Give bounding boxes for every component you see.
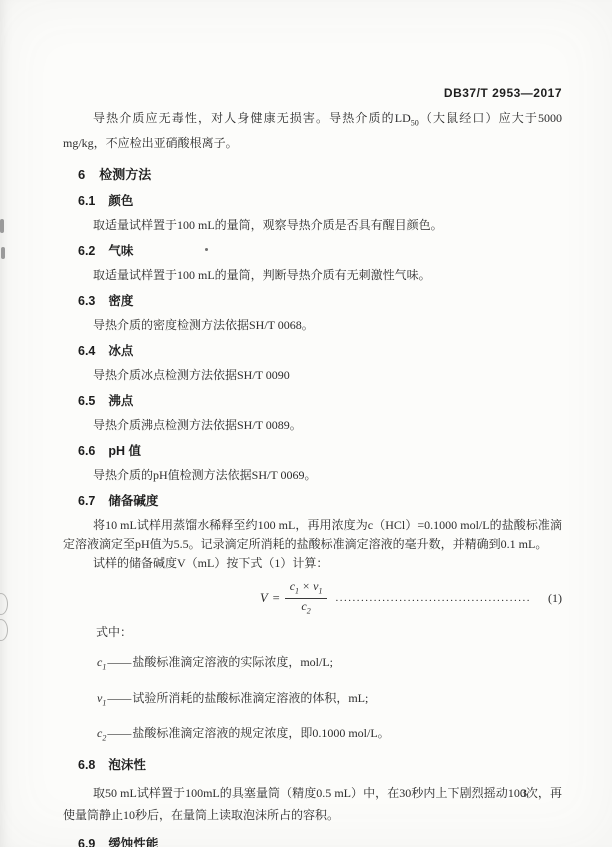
- section-heading-6-9: 6.9缓蚀性能: [63, 836, 562, 847]
- section-title: 泡沫性: [108, 758, 146, 772]
- section-body-6-2: 取适量试样置于100 mL的量筒，判断导热介质有无刺激性气味。: [63, 267, 562, 283]
- equation-number: (1): [548, 591, 562, 606]
- document-page: DB37/T 2953—2017 导热介质应无毒性，对人身健康无损害。导热介质的…: [0, 0, 612, 847]
- scan-artifact-mark: [1, 247, 5, 259]
- definition-symbol: v1: [97, 691, 106, 705]
- section-title: 颜色: [108, 194, 133, 208]
- section-body-6-8: 取50 mL试样置于100mL的具塞量筒（精度0.5 mL）中，在30秒内上下剧…: [63, 782, 562, 826]
- section-number: 6.3: [78, 294, 95, 308]
- section-number: 6.2: [78, 244, 95, 258]
- chapter-title: 检测方法: [99, 167, 151, 182]
- section-body-6-1: 取适量试样置于100 mL的量筒，观察导热介质是否具有醒目颜色。: [63, 217, 562, 233]
- section-body-6-5: 导热介质沸点检测方法依据SH/T 0089。: [63, 417, 562, 433]
- symbol-sub: 1: [102, 698, 106, 707]
- standard-code-header: DB37/T 2953—2017: [444, 86, 562, 100]
- dot-leader: ........................................…: [335, 592, 542, 604]
- definition-dash: ——: [107, 691, 131, 705]
- section-number: 6.1: [78, 194, 95, 208]
- symbol-sub: 2: [102, 734, 106, 743]
- document-content: 导热介质应无毒性，对人身健康无损害。导热介质的LD50（大鼠经口）应大于5000…: [63, 108, 562, 847]
- formula-equals: =: [273, 591, 280, 606]
- section-heading-6-1: 6.1颜色: [63, 193, 562, 209]
- section-heading-6-3: 6.3密度: [63, 293, 562, 309]
- formula-lhs: V: [260, 591, 268, 606]
- section-title: 冰点: [108, 344, 133, 358]
- definition-item-v1: v1——试验所消耗的盐酸标准滴定溶液的体积，mL;: [63, 690, 562, 711]
- definition-dash: ——: [107, 655, 131, 669]
- section-body-6-4: 导热介质冰点检测方法依据SH/T 0090: [63, 367, 562, 383]
- scan-artifact-curve: [0, 593, 8, 615]
- symbol-v1-sub: 1: [318, 586, 322, 595]
- scan-artifact-mark: [0, 219, 4, 233]
- section-heading-6-8: 6.8泡沫性: [63, 757, 562, 773]
- chapter-heading: 6检测方法: [63, 167, 562, 183]
- definition-symbol: c2: [97, 726, 106, 740]
- intro-text-1: 导热介质应无毒性，对人身健康无损害。导热介质的LD: [93, 111, 411, 125]
- definition-symbol: c1: [97, 655, 106, 669]
- intro-paragraph: 导热介质应无毒性，对人身健康无损害。导热介质的LD50（大鼠经口）应大于5000…: [63, 108, 562, 154]
- definition-item-c2: c2——盐酸标准滴定溶液的规定浓度，即0.1000 mol/L。: [63, 725, 562, 746]
- section-title: 气味: [108, 244, 133, 258]
- section-heading-6-4: 6.4冰点: [63, 343, 562, 359]
- scan-artifact-dot: [205, 248, 208, 251]
- definition-desc: 盐酸标准滴定溶液的实际浓度，mol/L;: [132, 655, 333, 669]
- section-number: 6.8: [78, 758, 95, 772]
- section-body-6-7-para2: 试样的储备碱度V（mL）按下式（1）计算：: [63, 554, 562, 573]
- section-title: 缓蚀性能: [108, 837, 158, 847]
- formula-reserve-alkalinity: V = c1 × v1 c2 .........................…: [63, 578, 562, 618]
- section-heading-6-6: 6.6pH 值: [63, 443, 562, 459]
- scan-artifact-curve: [0, 619, 8, 641]
- definition-desc: 试验所消耗的盐酸标准滴定溶液的体积，mL;: [132, 691, 368, 705]
- section-body-6-3: 导热介质的密度检测方法依据SH/T 0068。: [63, 317, 562, 333]
- section-heading-6-7: 6.7储备碱度: [63, 493, 562, 509]
- section-number: 6.6: [78, 444, 95, 458]
- section-title: 储备碱度: [108, 494, 158, 508]
- fraction-denominator: c2: [285, 599, 328, 617]
- multiply-sign: ×: [299, 579, 313, 593]
- formula-fraction: c1 × v1 c2: [285, 580, 328, 618]
- where-label: 式中：: [63, 624, 562, 640]
- fraction-numerator: c1 × v1: [285, 580, 328, 599]
- section-title: 密度: [108, 294, 133, 308]
- section-heading-6-5: 6.5沸点: [63, 393, 562, 409]
- page-number: 3: [521, 786, 527, 801]
- ld50-subscript: 50: [411, 118, 419, 127]
- section-heading-6-2: 6.2气味: [63, 243, 562, 259]
- section-number: 6.9: [78, 837, 95, 847]
- section-title: pH 值: [108, 444, 141, 458]
- section-body-6-6: 导热介质的pH值检测方法依据SH/T 0069。: [63, 467, 562, 483]
- section-number: 6.5: [78, 394, 95, 408]
- definition-dash: ——: [107, 726, 131, 740]
- definition-item-c1: c1——盐酸标准滴定溶液的实际浓度，mol/L;: [63, 654, 562, 675]
- symbol-sub: 1: [102, 663, 106, 672]
- section-title: 沸点: [108, 394, 133, 408]
- section-body-6-7-para1: 将10 mL试样用蒸馏水稀释至约100 mL，再用浓度为c（HCl）=0.100…: [63, 516, 562, 554]
- section-number: 6.4: [78, 344, 95, 358]
- section-number: 6.7: [78, 494, 95, 508]
- definition-desc: 盐酸标准滴定溶液的规定浓度，即0.1000 mol/L。: [132, 726, 389, 740]
- chapter-number: 6: [78, 167, 85, 182]
- symbol-c2-sub: 2: [307, 606, 311, 615]
